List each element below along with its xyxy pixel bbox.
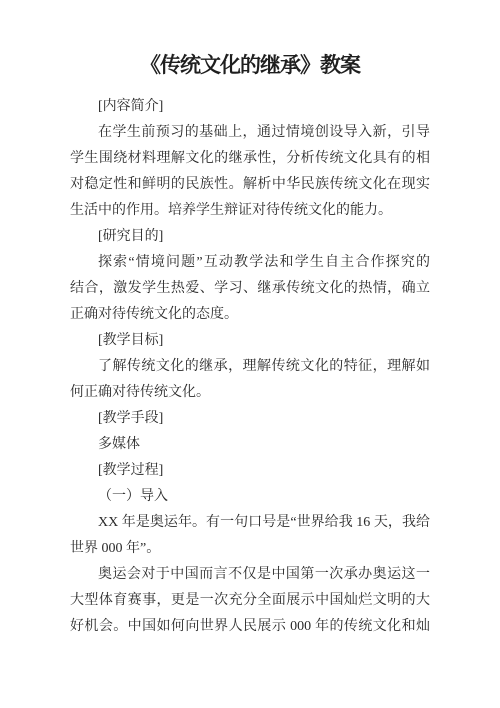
- text-line: 了解传统文化的继承，理解传统文化的特征，理解如: [70, 354, 430, 380]
- text-line: 生活中的作用。培养学生辩证对待传统文化的能力。: [70, 198, 430, 224]
- section-heading-line: [教学目标]: [70, 328, 430, 354]
- text-line: 在学生前预习的基础上，通过情境创设导入新，引导: [70, 120, 430, 146]
- text-line: 多媒体: [70, 432, 430, 458]
- section-heading-line: [研究目的]: [70, 224, 430, 250]
- section-heading-line: [教学手段]: [70, 406, 430, 432]
- text-line: 学生围绕材料理解文化的继承性，分析传统文化具有的相: [70, 146, 430, 172]
- text-line: 奥运会对于中国而言不仅是中国第一次承办奥运这一: [70, 562, 430, 588]
- text-line: 结合，激发学生热爱、学习、继承传统文化的热情，确立: [70, 276, 430, 302]
- text-line: 对稳定性和鲜明的民族性。解析中华民族传统文化在现实: [70, 172, 430, 198]
- section-heading-line: [教学过程]: [70, 458, 430, 484]
- text-line: 何正确对待传统文化。: [70, 380, 430, 406]
- text-line: 大型体育赛事，更是一次充分全面展示中国灿烂文明的大: [70, 588, 430, 614]
- section-heading-line: [内容简介]: [70, 94, 430, 120]
- text-line: 正确对待传统文化的态度。: [70, 302, 430, 328]
- text-line: 好机会。中国如何向世界人民展示 000 年的传统文化和灿: [70, 614, 430, 640]
- text-line: XX 年是奥运年。有一句口号是“世界给我 16 天，我给: [70, 510, 430, 536]
- text-line: （一）导入: [70, 484, 430, 510]
- document-page: 《传统文化的继承》教案 [内容简介]在学生前预习的基础上，通过情境创设导入新，引…: [0, 0, 500, 708]
- text-line: 世界 000 年”。: [70, 536, 430, 562]
- document-title: 《传统文化的继承》教案: [60, 50, 440, 80]
- document-body: [内容简介]在学生前预习的基础上，通过情境创设导入新，引导学生围绕材料理解文化的…: [70, 94, 430, 640]
- text-line: 探索“情境问题”互动教学法和学生自主合作探究的: [70, 250, 430, 276]
